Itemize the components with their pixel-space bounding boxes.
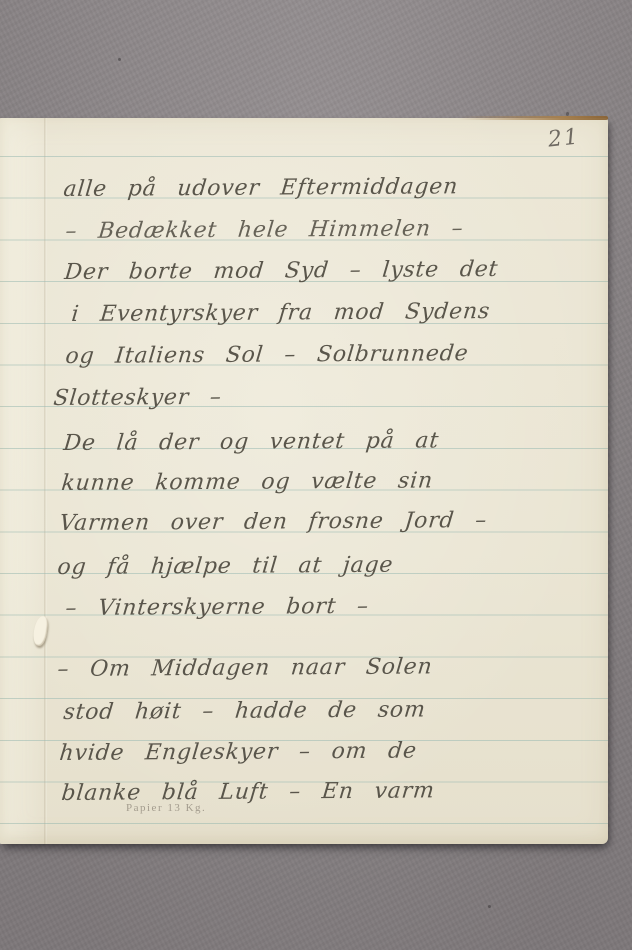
handwriting-line: De lå der og ventet på at	[62, 426, 440, 459]
handwriting-line: Varmen over den frosne Jord –	[58, 506, 488, 539]
page-gutter	[0, 118, 46, 844]
handwriting-line: hvide Engleskyer – om de	[58, 737, 418, 769]
dust-speck	[118, 58, 121, 61]
photo-background: 21 alle på udover Eftermiddagen – Bedækk…	[0, 0, 632, 950]
handwriting-line: Slotteskyer –	[52, 383, 223, 414]
paper-weight-stamp: Papier 13 Kg.	[126, 802, 206, 814]
handwriting-line: og få hjælpe til at jage	[56, 551, 395, 583]
handwriting-line: i Eventyrskyer fra mod Sydens	[70, 297, 492, 330]
handwriting-line: – Om Middagen naar Solen	[56, 652, 434, 685]
handwriting-line: blanke blå Luft – En varm	[60, 776, 436, 809]
handwriting-line: alle på udover Eftermiddagen	[62, 172, 460, 205]
page-top-edge	[458, 116, 608, 120]
page-number: 21	[547, 124, 581, 152]
notebook-page: 21 alle på udover Eftermiddagen – Bedækk…	[0, 118, 608, 844]
handwriting-line: – Bedækket hele Himmelen –	[64, 214, 465, 247]
handwriting-line: kunne komme og vælte sin	[60, 466, 434, 499]
handwriting-line: og Italiens Sol – Solbrunnede	[64, 339, 470, 372]
dust-speck	[566, 112, 569, 116]
handwriting-line: Der borte mod Syd – lyste det	[63, 255, 500, 288]
gutter-crease	[44, 118, 47, 844]
dust-speck	[488, 905, 491, 908]
handwriting-line: stod høit – hadde de som	[62, 695, 427, 728]
paper-tear-mark	[32, 615, 49, 647]
handwriting-line: – Vinterskyerne bort –	[64, 592, 370, 624]
